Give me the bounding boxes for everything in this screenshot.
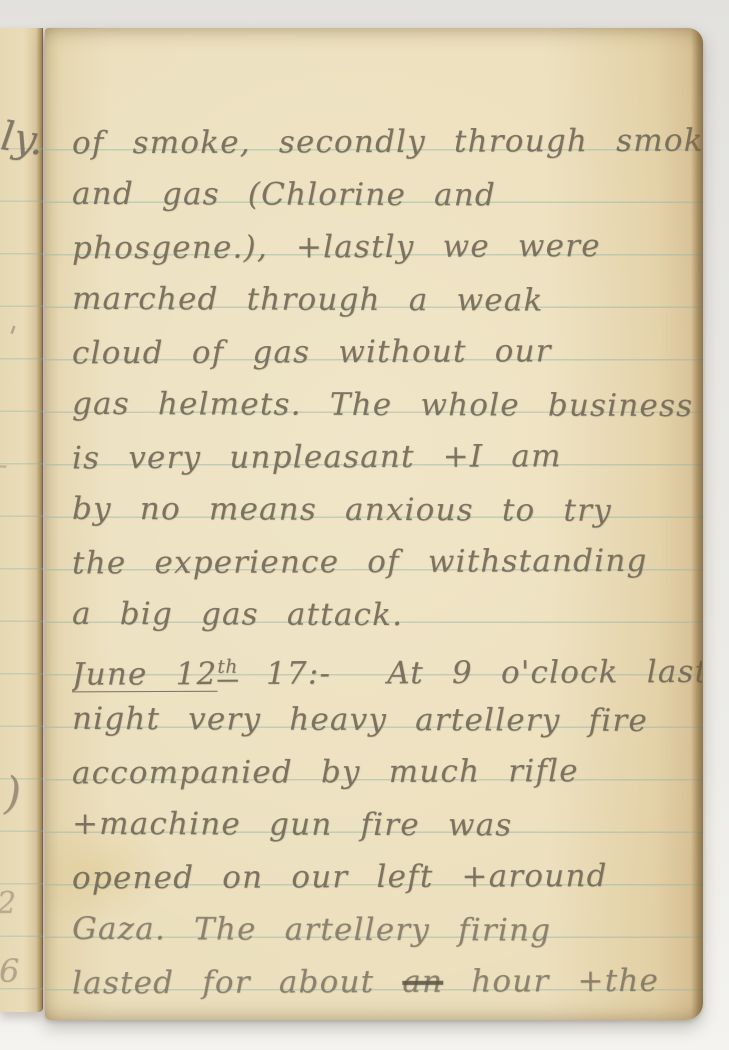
facing-page-edge: ly.'-)26 bbox=[0, 28, 43, 1012]
handwriting-segment: Gaza. The artellery firing bbox=[72, 910, 551, 948]
page-edge-fragment: - bbox=[0, 448, 7, 481]
handwriting-segment: marched through a weak bbox=[72, 280, 544, 318]
page-edge-fragment: ly. bbox=[0, 113, 43, 165]
handwriting-line: accompanied by much rifle bbox=[72, 753, 702, 792]
handwriting-line: lasted for about an hour +the bbox=[72, 963, 702, 1002]
handwriting-segment: by no means anxious to try bbox=[72, 490, 612, 528]
page-stack-edge bbox=[691, 28, 703, 1020]
handwriting-line: Gaza. The artellery firing bbox=[72, 910, 702, 948]
handwriting-line: of smoke, secondly through smoke bbox=[72, 123, 702, 162]
handwriting-segment: opened on our left +around bbox=[72, 858, 608, 896]
handwriting-segment: June 12 bbox=[72, 656, 218, 693]
handwriting-segment: and gas (Chlorine and bbox=[72, 175, 496, 212]
page-edge-fragment: 6 bbox=[0, 952, 19, 990]
handwriting-line: phosgene.), +lastly we were bbox=[72, 228, 702, 267]
handwriting-line: and gas (Chlorine and bbox=[72, 175, 702, 213]
handwriting-segment: hour +the bbox=[443, 963, 659, 1000]
handwriting-lines: of smoke, secondly through smokeand gas … bbox=[45, 28, 703, 1020]
handwriting-segment: lasted for about bbox=[72, 964, 402, 1001]
handwriting-line: June 12th 17:- At 9 o'clock last bbox=[72, 648, 702, 693]
handwriting-segment: a big gas attack. bbox=[72, 595, 403, 632]
handwriting-line: is very unpleasant +I am bbox=[72, 438, 702, 477]
diary-page: of smoke, secondly through smokeand gas … bbox=[45, 28, 703, 1020]
handwriting-segment: an bbox=[402, 964, 443, 1000]
notebook-scan: ly.'-)26 of smoke, secondly through smok… bbox=[0, 0, 729, 1050]
page-edge-fragment: ' bbox=[0, 320, 20, 356]
handwriting-line: by no means anxious to try bbox=[72, 490, 702, 528]
handwriting-segment: the experience of withstanding bbox=[72, 543, 648, 582]
handwriting-segment: 17:- bbox=[238, 655, 387, 692]
handwriting-line: the experience of withstanding bbox=[72, 543, 702, 582]
handwriting-segment: At 9 o'clock last bbox=[387, 654, 702, 691]
page-edge-fragment: ) bbox=[4, 768, 21, 819]
handwriting-line: opened on our left +around bbox=[72, 858, 702, 897]
handwriting-line: a big gas attack. bbox=[72, 595, 702, 633]
page-edge-fragment: 2 bbox=[0, 886, 16, 921]
handwriting-segment: th bbox=[217, 657, 238, 678]
handwriting-segment: +machine gun fire was bbox=[72, 805, 513, 843]
handwriting-segment: phosgene.), +lastly we were bbox=[72, 228, 601, 266]
handwriting-segment: night very heavy artellery fire bbox=[72, 700, 648, 738]
handwriting-segment: cloud of gas without our bbox=[72, 333, 552, 371]
handwriting-line: +machine gun fire was bbox=[72, 805, 702, 843]
handwriting-line: night very heavy artellery fire bbox=[72, 700, 702, 738]
handwriting-segment: is very unpleasant +I am bbox=[72, 438, 562, 476]
handwriting-line: marched through a weak bbox=[72, 280, 702, 318]
handwriting-segment: of smoke, secondly through smoke bbox=[72, 123, 702, 162]
handwriting-segment: accompanied by much rifle bbox=[72, 753, 579, 791]
handwriting-segment: gas helmets. The whole business bbox=[72, 385, 693, 423]
handwriting-line: cloud of gas without our bbox=[72, 333, 702, 372]
handwriting-line: gas helmets. The whole business bbox=[72, 385, 702, 423]
